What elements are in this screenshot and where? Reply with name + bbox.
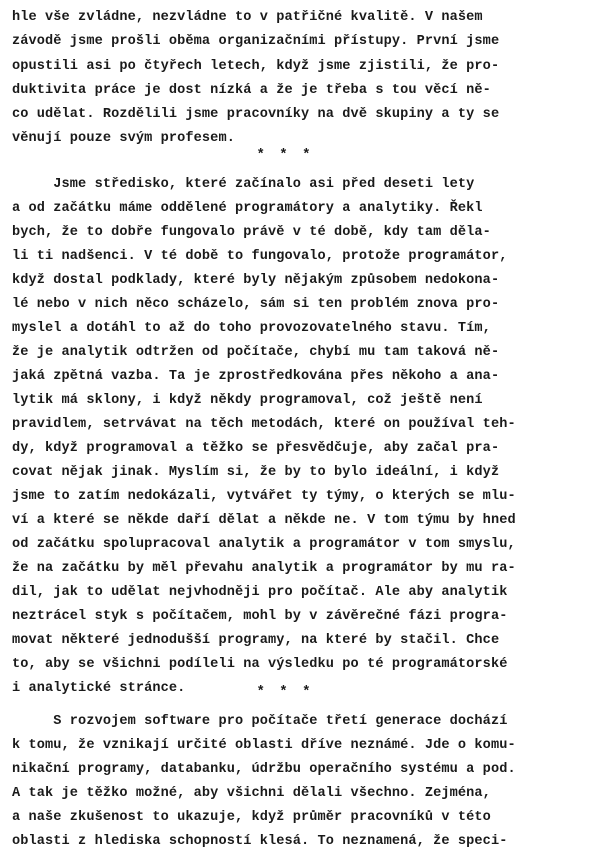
section-separator: * * * <box>0 145 570 165</box>
text-line: bych, že to dobře fungovalo právě v té d… <box>12 221 491 245</box>
text-line: oblasti z hlediska schopností klesá. To … <box>12 830 507 854</box>
text-line: že je analytik odtržen od počítače, chyb… <box>12 341 499 365</box>
text-line: jaká zpětná vazba. Ta je zprostředkována… <box>12 365 499 389</box>
text-line: k tomu, že vznikají určité oblasti dříve… <box>12 734 516 758</box>
text-line: opustili asi po čtyřech letech, když jsm… <box>12 55 499 79</box>
text-line: pravidlem, setrvávat na těch metodách, k… <box>12 413 516 437</box>
text-line: myslel a dotáhl to až do toho provozovat… <box>12 317 491 341</box>
text-line: a od začátku máme oddělené programátory … <box>12 197 483 221</box>
text-line: dy, když programoval a těžko se přesvědč… <box>12 437 499 461</box>
text-line: ví a které se někde daří dělat a někde n… <box>12 509 516 533</box>
text-line: movat některé jednodušší programy, na kt… <box>12 629 499 653</box>
text-line: jsme to zatím nedokázali, vytvářet ty tý… <box>12 485 516 509</box>
text-line: co udělat. Rozdělili jsme pracovníky na … <box>12 103 499 127</box>
text-line: S rozvojem software pro počítače třetí g… <box>12 710 507 734</box>
text-line: duktivita práce je dost nízká a že je tř… <box>12 79 491 103</box>
text-line: lé nebo v nich něco scházelo, sám si ten… <box>12 293 499 317</box>
text-line: lytik má sklony, i když někdy programova… <box>12 389 483 413</box>
section-separator: * * * <box>0 682 570 702</box>
text-line: že na začátku by měl převahu analytik a … <box>12 557 516 581</box>
text-line: Jsme středisko, které začínalo asi před … <box>12 173 474 197</box>
text-line: dil, jak to udělat nejvhodněji pro počít… <box>12 581 507 605</box>
text-line: od začátku spolupracoval analytik a prog… <box>12 533 516 557</box>
text-line: covat nějak jinak. Myslím si, že by to b… <box>12 461 499 485</box>
text-line: a naše zkušenost to ukazuje, když průměr… <box>12 806 491 830</box>
text-line: neztrácel styk s počítačem, mohl by v zá… <box>12 605 507 629</box>
text-line: nikační programy, databanku, údržbu oper… <box>12 758 516 782</box>
text-line: to, aby se všichni podíleli na výsledku … <box>12 653 507 677</box>
text-line: li ti nadšenci. V té době to fungovalo, … <box>12 245 507 269</box>
typewritten-page: hle vše zvládne, nezvládne to v patřičné… <box>0 0 609 865</box>
text-line: když dostal podklady, které byly nějakým… <box>12 269 499 293</box>
text-line: hle vše zvládne, nezvládne to v patřičné… <box>12 6 483 30</box>
text-line: závodě jsme prošli oběma organizačními p… <box>12 30 499 54</box>
text-line: A tak je těžko možné, aby všichni dělali… <box>12 782 491 806</box>
